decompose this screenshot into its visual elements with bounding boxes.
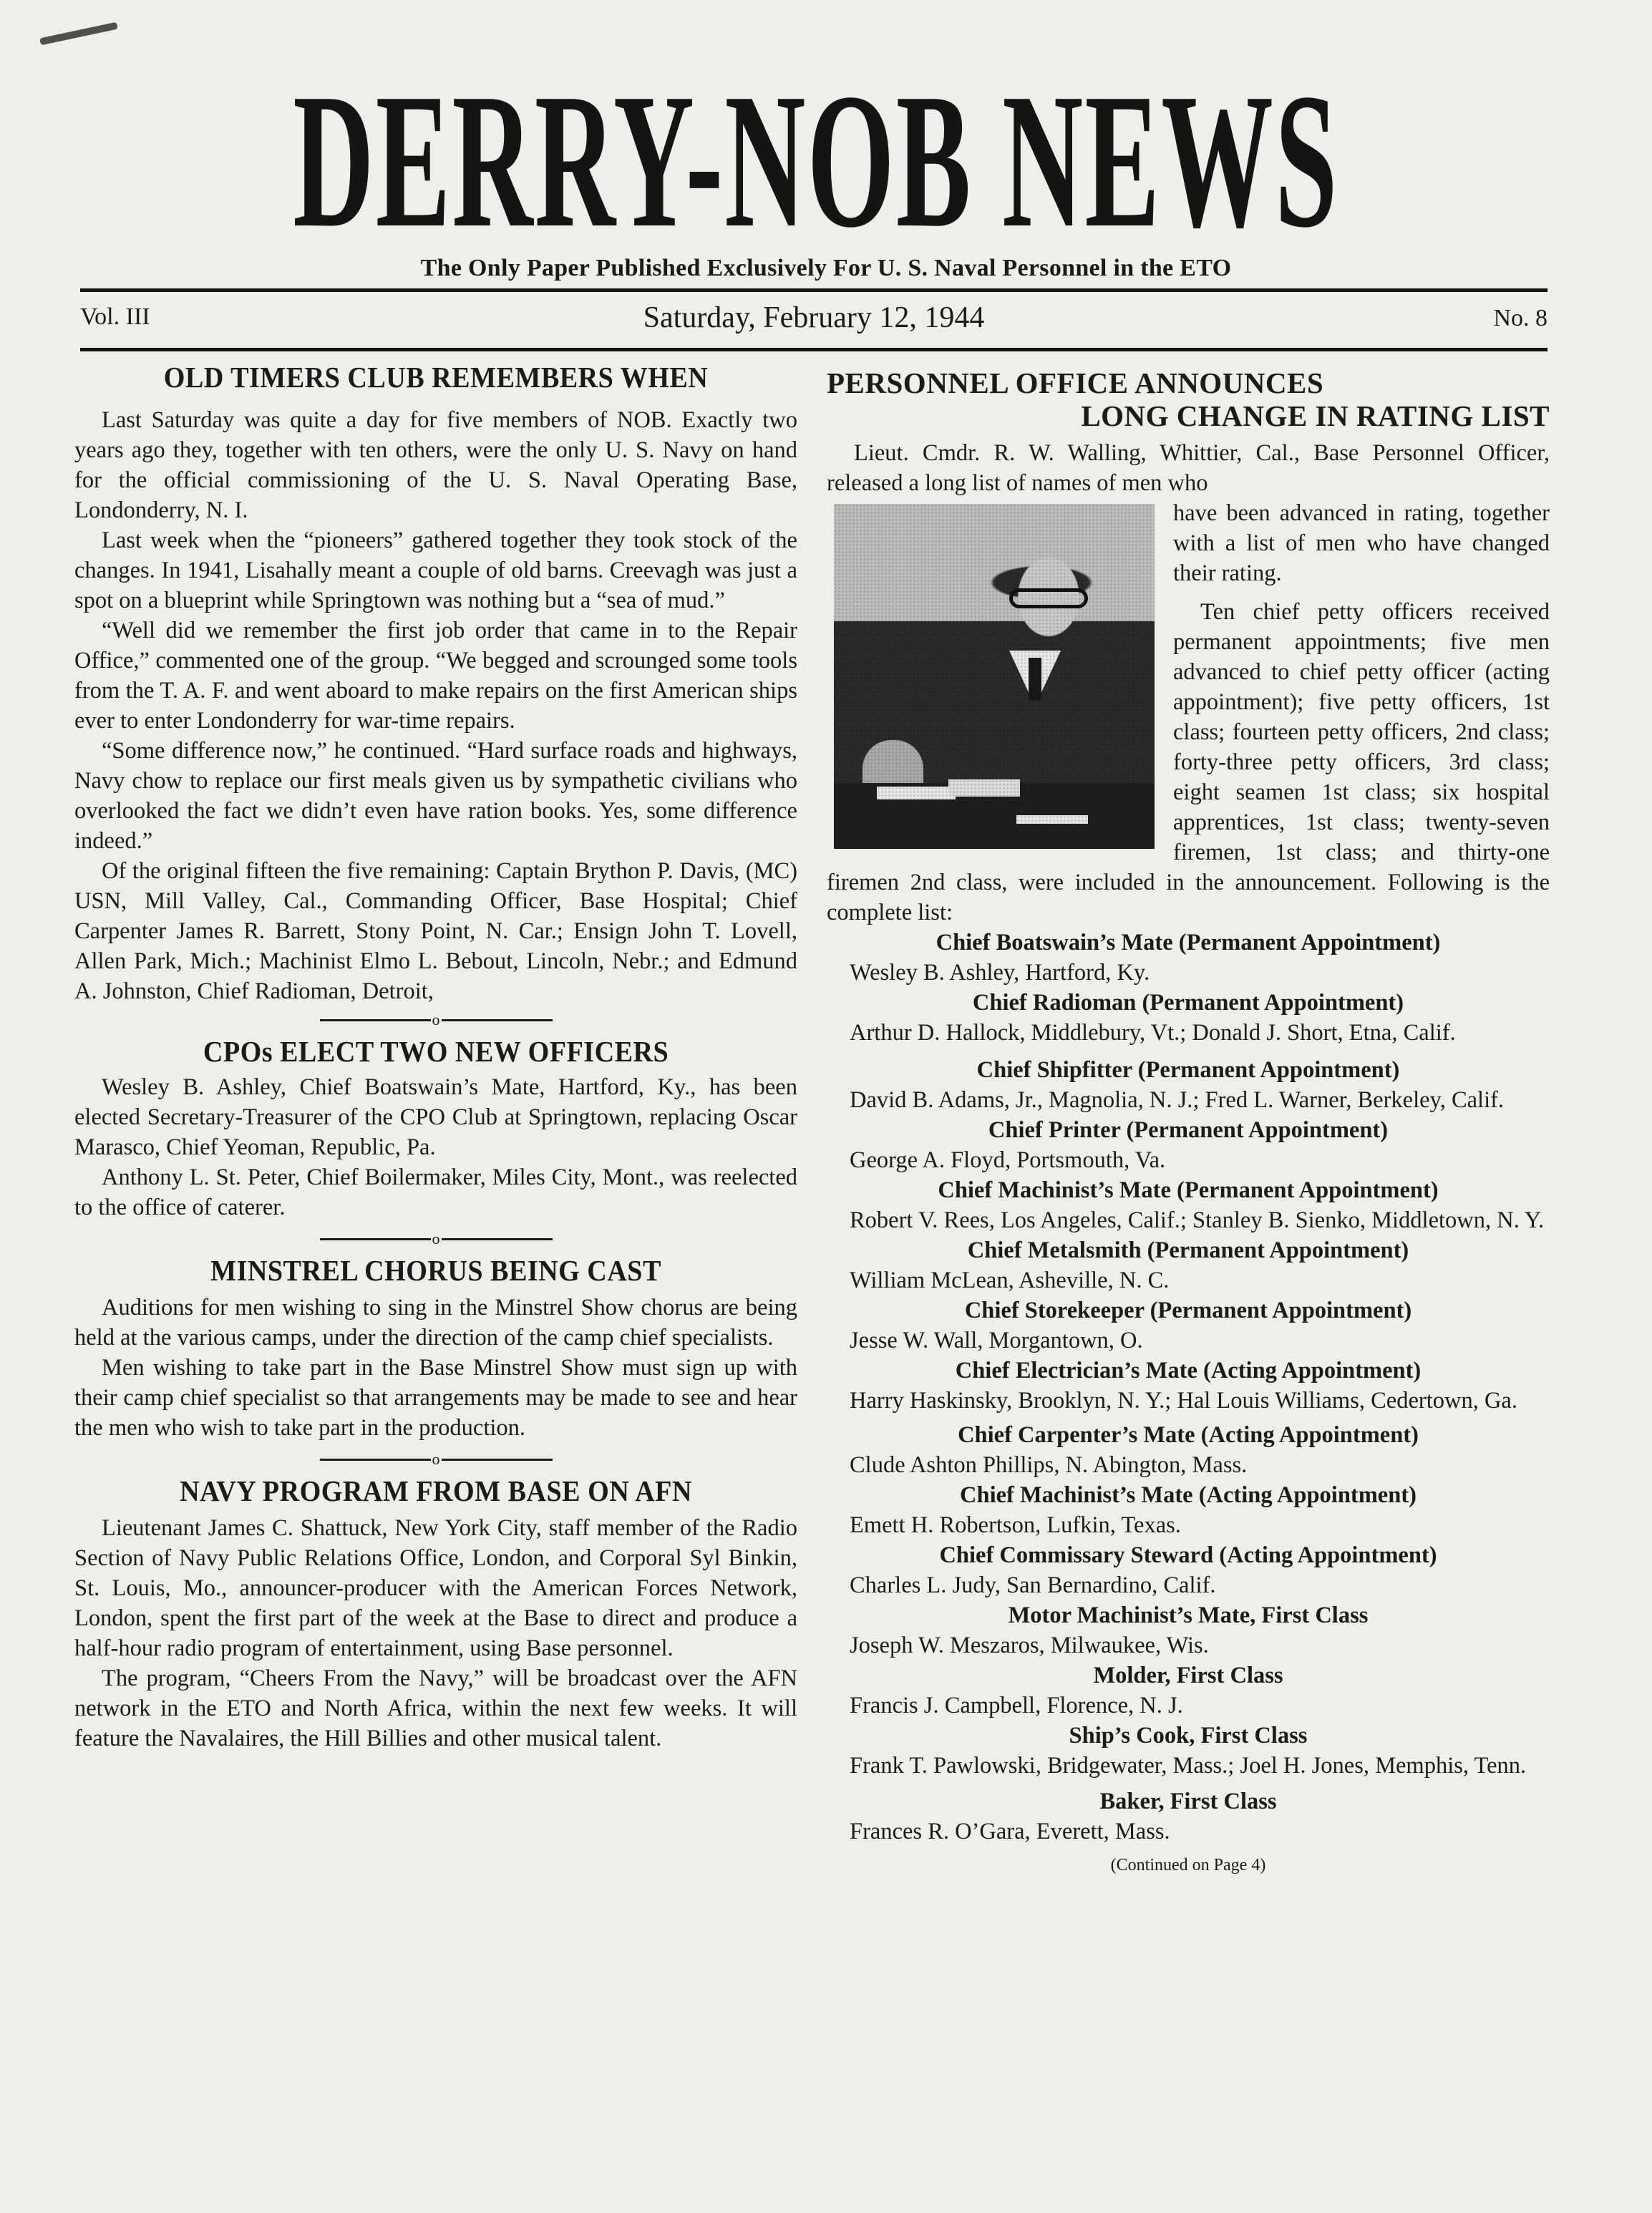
portrait-photo	[834, 504, 1155, 849]
rating-names: Francis J. Campbell, Florence, N. J.	[827, 1691, 1550, 1721]
issue-date: Saturday, February 12, 1944	[80, 301, 1547, 335]
paragraph: “Well did we remember the first job orde…	[74, 616, 797, 736]
article-separator: o	[74, 1006, 797, 1033]
rating-title: Chief Carpenter’s Mate (Acting Appointme…	[827, 1420, 1550, 1450]
article-cpos-elect: CPOs ELECT TWO NEW OFFICERS Wesley B. As…	[74, 1033, 797, 1222]
paragraph: The program, “Cheers From the Navy,” wil…	[74, 1663, 797, 1754]
article-personnel-office: PERSONNEL OFFICE ANNOUNCES LONG CHANGE I…	[827, 366, 1550, 1879]
rating-names: Wesley B. Ashley, Hartford, Ky.	[827, 958, 1550, 988]
right-column: PERSONNEL OFFICE ANNOUNCES LONG CHANGE I…	[827, 358, 1550, 1879]
rating-names: Frank T. Pawlowski, Bridgewater, Mass.; …	[827, 1751, 1550, 1781]
article-separator: o	[74, 1225, 797, 1253]
masthead-tagline: The Only Paper Published Exclusively For…	[0, 255, 1652, 282]
paragraph: Last week when the “pioneers” gathered t…	[74, 525, 797, 616]
rating-title: Chief Shipfitter (Permanent Appointment)	[827, 1055, 1550, 1085]
rating-title: Chief Machinist’s Mate (Permanent Appoin…	[827, 1175, 1550, 1205]
paragraph: Of the original fifteen the five remaini…	[74, 856, 797, 1006]
rating-names: George A. Floyd, Portsmouth, Va.	[827, 1145, 1550, 1175]
article-navy-program: NAVY PROGRAM FROM BASE ON AFN Lieutenant…	[74, 1473, 797, 1754]
masthead-title: DERRY-NOB NEWS	[173, 72, 1459, 251]
rating-title: Motor Machinist’s Mate, First Class	[827, 1600, 1550, 1630]
paragraph: “Some difference now,” he continued. “Ha…	[74, 736, 797, 856]
masthead-rule-bottom	[80, 348, 1547, 351]
paragraph: Anthony L. St. Peter, Chief Boilermaker,…	[74, 1162, 797, 1222]
rating-names: Emett H. Robertson, Lufkin, Texas.	[827, 1510, 1550, 1540]
rating-list: Chief Boatswain’s Mate (Permanent Appoin…	[827, 928, 1550, 1847]
issue-number: No. 8	[1493, 305, 1547, 332]
rating-title: Molder, First Class	[827, 1660, 1550, 1691]
rating-title: Chief Metalsmith (Permanent Appointment)	[827, 1235, 1550, 1265]
headline: CPOs ELECT TWO NEW OFFICERS	[99, 1033, 772, 1069]
left-column: OLD TIMERS CLUB REMEMBERS WHEN Last Satu…	[74, 358, 797, 1754]
rating-names: Charles L. Judy, San Bernardino, Calif.	[827, 1570, 1550, 1600]
paragraph: Wesley B. Ashley, Chief Boatswain’s Mate…	[74, 1072, 797, 1162]
rating-names: William McLean, Asheville, N. C.	[827, 1265, 1550, 1295]
paragraph: Lieutenant James C. Shattuck, New York C…	[74, 1513, 797, 1663]
article-separator: o	[74, 1446, 797, 1473]
article-minstrel-chorus: MINSTREL CHORUS BEING CAST Auditions for…	[74, 1253, 797, 1443]
rating-names: Jesse W. Wall, Morgantown, O.	[827, 1326, 1550, 1356]
rating-title: Chief Machinist’s Mate (Acting Appointme…	[827, 1480, 1550, 1510]
rating-title: Baker, First Class	[827, 1786, 1550, 1816]
rating-names: Frances R. O’Gara, Everett, Mass.	[827, 1816, 1550, 1847]
issue-info-row: Vol. III Saturday, February 12, 1944 No.…	[80, 301, 1547, 341]
photo-wrap-area: have been advanced in rating, together w…	[827, 498, 1550, 928]
masthead: DERRY-NOB NEWS	[172, 72, 1460, 243]
newspaper-page: DERRY-NOB NEWS The Only Paper Published …	[0, 0, 1652, 2213]
rating-names: Robert V. Rees, Los Angeles, Calif.; Sta…	[827, 1205, 1550, 1235]
rating-title: Chief Radioman (Permanent Appointment)	[827, 988, 1550, 1018]
rating-title: Chief Printer (Permanent Appointment)	[827, 1115, 1550, 1145]
rating-names: David B. Adams, Jr., Magnolia, N. J.; Fr…	[827, 1085, 1550, 1115]
rating-names: Joseph W. Meszaros, Milwaukee, Wis.	[827, 1630, 1550, 1660]
rating-title: Chief Electrician’s Mate (Acting Appoint…	[827, 1356, 1550, 1386]
rating-names: Harry Haskinsky, Brooklyn, N. Y.; Hal Lo…	[827, 1386, 1550, 1416]
continued-notice: (Continued on Page 4)	[827, 1851, 1550, 1879]
headline-line-2: LONG CHANGE IN RATING LIST	[827, 399, 1550, 432]
rating-names: Clude Ashton Phillips, N. Abington, Mass…	[827, 1450, 1550, 1480]
paragraph: Auditions for men wishing to sing in the…	[74, 1293, 797, 1353]
masthead-rule-top	[80, 288, 1547, 292]
headline: MINSTREL CHORUS BEING CAST	[99, 1253, 772, 1288]
paragraph: Last Saturday was quite a day for five m…	[74, 405, 797, 525]
article-old-timers: OLD TIMERS CLUB REMEMBERS WHEN Last Satu…	[74, 359, 797, 1006]
paragraph: Lieut. Cmdr. R. W. Walling, Whittier, Ca…	[827, 438, 1550, 498]
rating-title: Ship’s Cook, First Class	[827, 1721, 1550, 1751]
rating-title: Chief Boatswain’s Mate (Permanent Appoin…	[827, 928, 1550, 958]
paragraph: Men wishing to take part in the Base Min…	[74, 1353, 797, 1443]
headline: OLD TIMERS CLUB REMEMBERS WHEN	[99, 359, 772, 395]
scan-smudge	[39, 22, 118, 46]
rating-title: Chief Commissary Steward (Acting Appoint…	[827, 1540, 1550, 1570]
headline-line-1: PERSONNEL OFFICE ANNOUNCES	[827, 366, 1550, 399]
rating-names: Arthur D. Hallock, Middlebury, Vt.; Dona…	[827, 1018, 1550, 1048]
rating-title: Chief Storekeeper (Permanent Appointment…	[827, 1295, 1550, 1326]
headline: NAVY PROGRAM FROM BASE ON AFN	[99, 1473, 772, 1509]
